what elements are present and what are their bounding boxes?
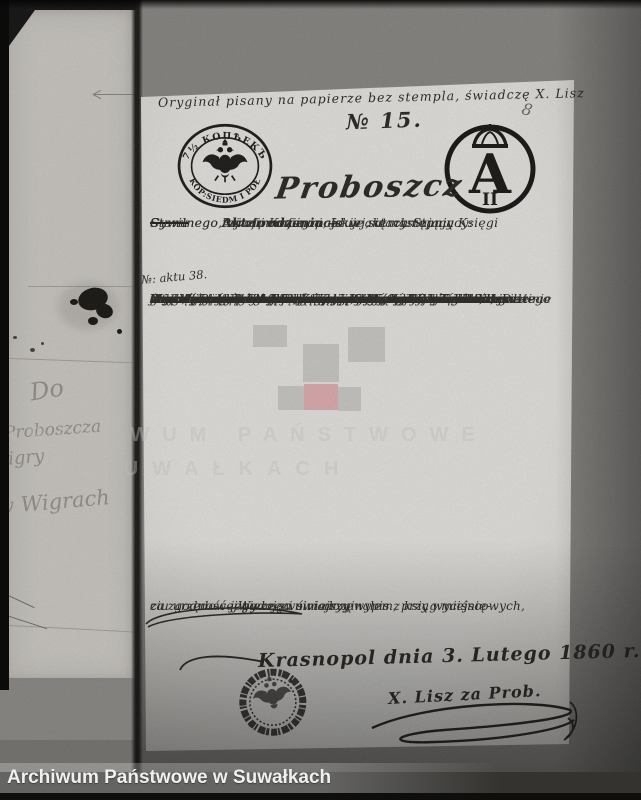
archive-caption: Archiwum Państwowe w Suwałkach [7, 767, 331, 789]
scan-left-edge [0, 0, 9, 690]
archival-scan: Do Proboszcza Wigry w Wigrach Oryginał p… [0, 0, 641, 800]
film-grain-light [0, 0, 641, 800]
scan-bottom-edge [0, 793, 641, 800]
scan-top-edge [0, 0, 641, 9]
